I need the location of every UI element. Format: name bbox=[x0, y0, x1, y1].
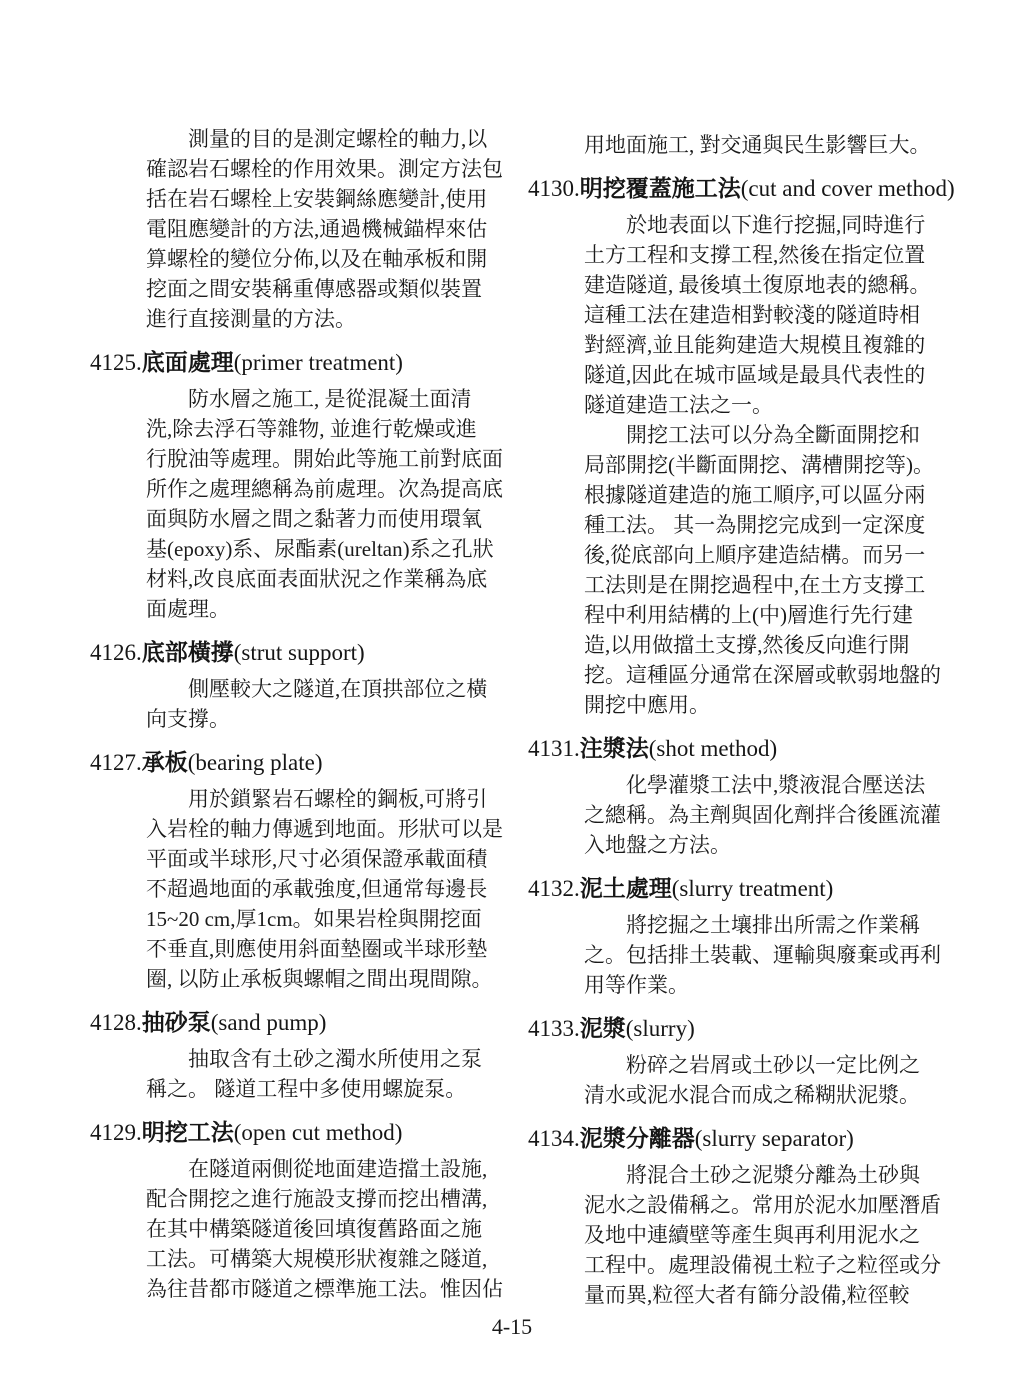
entry-heading-4133: 4133.泥漿(slurry) bbox=[528, 1014, 948, 1044]
entry-term: 泥漿分離器 bbox=[580, 1126, 695, 1151]
entry-term: 明挖工法 bbox=[142, 1120, 234, 1145]
entry-term-english: (cut and cover method) bbox=[741, 176, 955, 201]
entry-definition-4134: 將混合土砂之泥漿分離為土砂與 泥水之設備稱之。常用於泥水加壓潛盾 及地中連續壁等… bbox=[528, 1160, 948, 1310]
right-column: 用地面施工, 對交通與民生影響巨大。 4130.明挖覆蓋施工法(cut and … bbox=[528, 130, 948, 1310]
entry-term: 底部橫撐 bbox=[142, 640, 234, 665]
entry-definition-4127: 用於鎖緊岩石螺栓的鋼板,可將引 入岩栓的軸力傳遞到地面。形狀可以是 平面或半球形… bbox=[90, 784, 510, 994]
entry-number: 4126. bbox=[90, 640, 142, 665]
entry-heading-4134: 4134.泥漿分離器(slurry separator) bbox=[528, 1124, 948, 1154]
entry-term-english: (bearing plate) bbox=[188, 750, 323, 775]
entry-term-english: (open cut method) bbox=[234, 1120, 403, 1145]
entry-term: 泥漿 bbox=[580, 1016, 626, 1041]
page-number: 4-15 bbox=[0, 1312, 1024, 1342]
entry-term: 明挖覆蓋施工法 bbox=[580, 176, 741, 201]
entry-number: 4131. bbox=[528, 736, 580, 761]
glossary-page: 測量的目的是測定螺栓的軸力,以 確認岩石螺栓的作用效果。測定方法包 括在岩石螺栓… bbox=[0, 0, 1024, 1400]
continued-definition-4124: 測量的目的是測定螺栓的軸力,以 確認岩石螺栓的作用效果。測定方法包 括在岩石螺栓… bbox=[90, 124, 510, 334]
left-column: 測量的目的是測定螺栓的軸力,以 確認岩石螺栓的作用效果。測定方法包 括在岩石螺栓… bbox=[90, 124, 510, 1304]
continued-definition-4129: 用地面施工, 對交通與民生影響巨大。 bbox=[528, 130, 948, 160]
entry-number: 4130. bbox=[528, 176, 580, 201]
entry-definition-4129: 在隧道兩側從地面建造擋土設施, 配合開挖之進行施設支撐而挖出槽溝, 在其中構築隧… bbox=[90, 1154, 510, 1304]
entry-heading-4127: 4127.承板(bearing plate) bbox=[90, 748, 510, 778]
entry-heading-4129: 4129.明挖工法(open cut method) bbox=[90, 1118, 510, 1148]
entry-heading-4126: 4126.底部橫撐(strut support) bbox=[90, 638, 510, 668]
entry-term: 泥土處理 bbox=[580, 876, 672, 901]
entry-term-english: (shot method) bbox=[649, 736, 777, 761]
entry-term-english: (slurry) bbox=[626, 1016, 695, 1041]
entry-number: 4133. bbox=[528, 1016, 580, 1041]
entry-term-english: (primer treatment) bbox=[234, 350, 403, 375]
entry-definition-4131: 化學灌漿工法中,漿液混合壓送法 之總稱。為主劑與固化劑拌合後匯流灌 入地盤之方法… bbox=[528, 770, 948, 860]
entry-definition-4128: 抽取含有土砂之濁水所使用之泵 稱之。 隧道工程中多使用螺旋泵。 bbox=[90, 1044, 510, 1104]
entry-number: 4134. bbox=[528, 1126, 580, 1151]
entry-definition-4126: 側壓較大之隧道,在頂拱部位之橫 向支撐。 bbox=[90, 674, 510, 734]
entry-heading-4130: 4130.明挖覆蓋施工法(cut and cover method) bbox=[528, 174, 948, 204]
entry-number: 4127. bbox=[90, 750, 142, 775]
entry-definition-4125: 防水層之施工, 是從混凝土面清 洗,除去浮石等雜物, 並進行乾燥或進 行脫油等處… bbox=[90, 384, 510, 624]
entry-heading-4131: 4131.注漿法(shot method) bbox=[528, 734, 948, 764]
entry-definition-4130-paragraph-2: 開挖工法可以分為全斷面開挖和 局部開挖(半斷面開挖、溝槽開挖等)。 根據隧道建造… bbox=[528, 420, 948, 720]
entry-term: 承板 bbox=[142, 750, 188, 775]
entry-definition-4130-paragraph-1: 於地表面以下進行挖掘,同時進行 土方工程和支撐工程,然後在指定位置 建造隧道, … bbox=[528, 210, 948, 420]
entry-term: 抽砂泵 bbox=[142, 1010, 211, 1035]
entry-heading-4132: 4132.泥土處理(slurry treatment) bbox=[528, 874, 948, 904]
entry-term-english: (sand pump) bbox=[211, 1010, 327, 1035]
entry-term: 注漿法 bbox=[580, 736, 649, 761]
entry-term: 底面處理 bbox=[142, 350, 234, 375]
entry-heading-4128: 4128.抽砂泵(sand pump) bbox=[90, 1008, 510, 1038]
entry-heading-4125: 4125.底面處理(primer treatment) bbox=[90, 348, 510, 378]
entry-term-english: (strut support) bbox=[234, 640, 365, 665]
entry-number: 4132. bbox=[528, 876, 580, 901]
entry-number: 4125. bbox=[90, 350, 142, 375]
entry-number: 4129. bbox=[90, 1120, 142, 1145]
entry-term-english: (slurry separator) bbox=[695, 1126, 854, 1151]
entry-definition-4132: 將挖掘之土壤排出所需之作業稱 之。包括排土裝載、運輸與廢棄或再利 用等作業。 bbox=[528, 910, 948, 1000]
entry-definition-4133: 粉碎之岩屑或土砂以一定比例之 清水或泥水混合而成之稀糊狀泥漿。 bbox=[528, 1050, 948, 1110]
entry-term-english: (slurry treatment) bbox=[672, 876, 834, 901]
entry-number: 4128. bbox=[90, 1010, 142, 1035]
